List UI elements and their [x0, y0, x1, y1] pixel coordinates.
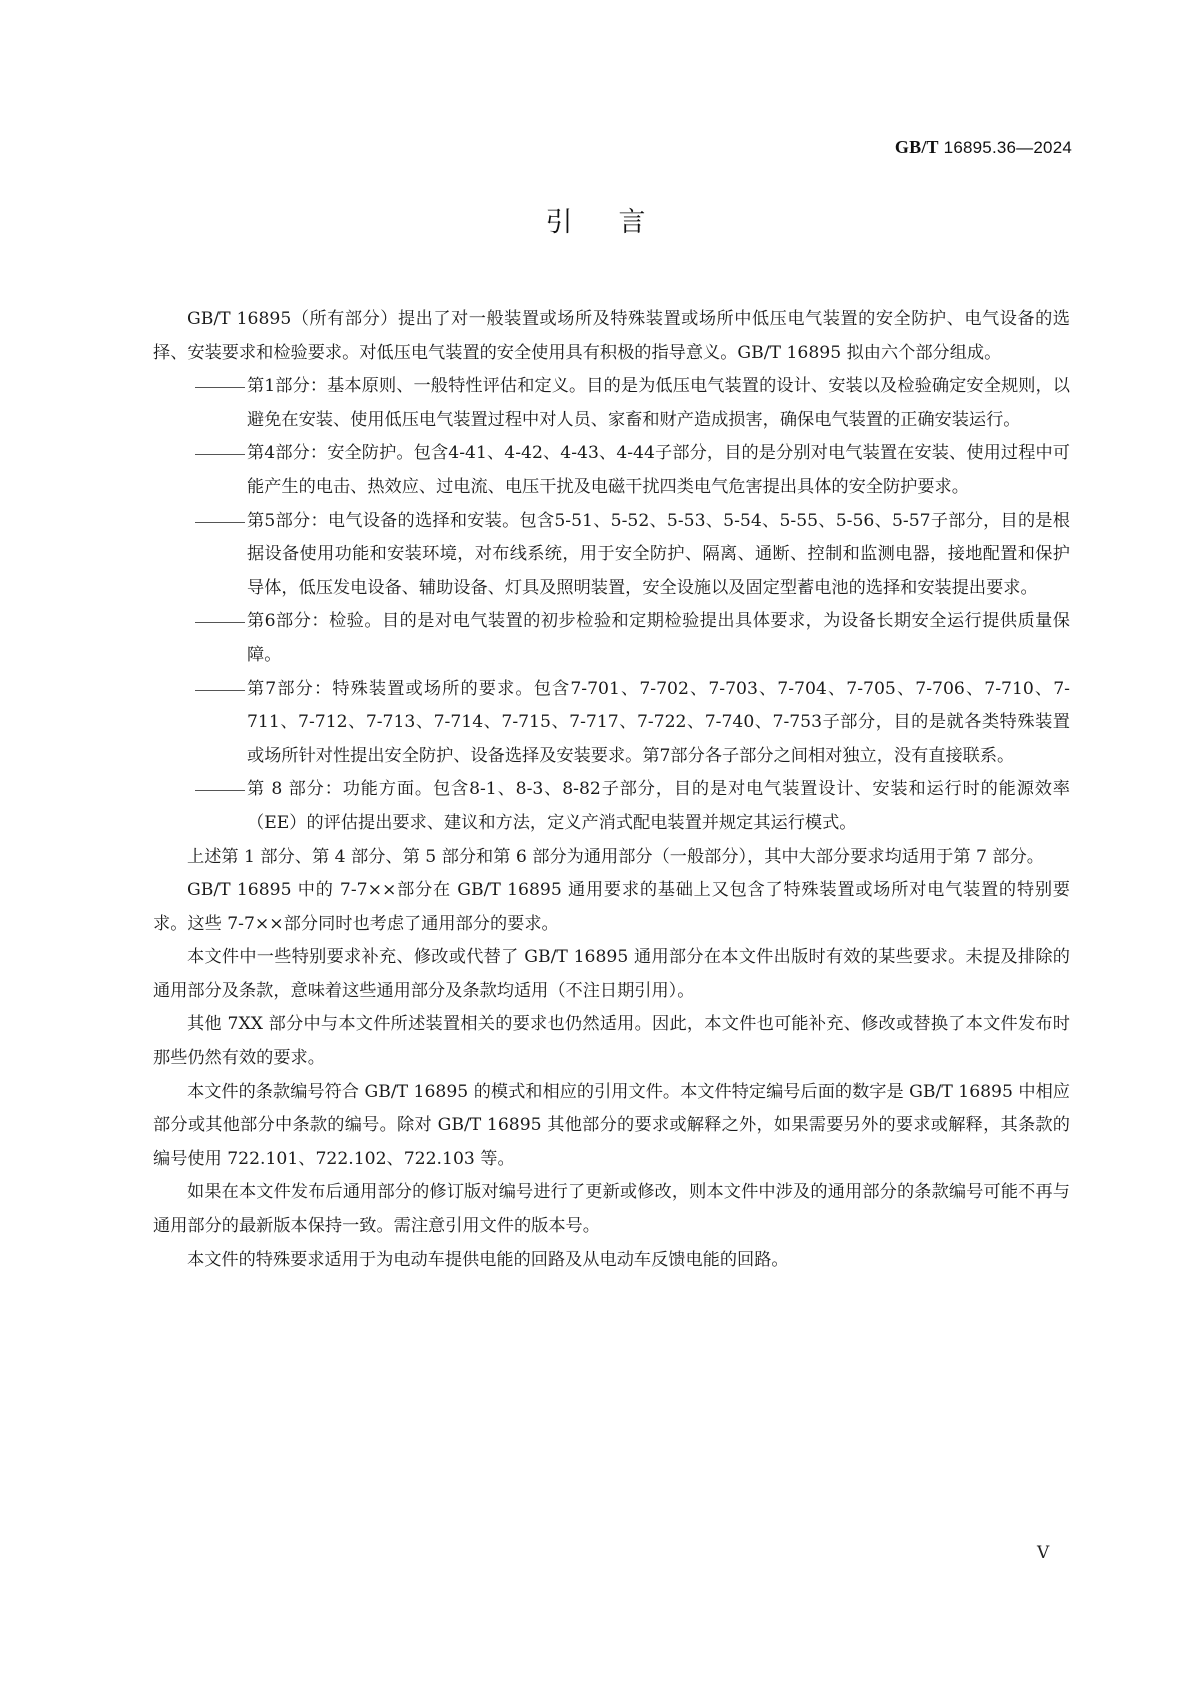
list-item: 第 8 部分：功能方面。包含8-1、8-3、8-82子部分，目的是对电气装置设计… [153, 773, 1070, 840]
page-title: 引言 [0, 200, 1191, 239]
list-item: 第7部分：特殊装置或场所的要求。包含7-701、7-702、7-703、7-70… [153, 673, 1070, 774]
list-item-text: 第4部分：安全防护。包含4-41、4-42、4-43、4-44子部分，目的是分别… [247, 443, 1070, 497]
list-item-text: 第5部分：电气设备的选择和安装。包含5-51、5-52、5-53、5-54、5-… [247, 511, 1070, 598]
body-paragraph: 本文件的条款编号符合 GB/T 16895 的模式和相应的引用文件。本文件特定编… [153, 1076, 1070, 1177]
body-paragraph: 如果在本文件发布后通用部分的修订版对编号进行了更新或修改，则本文件中涉及的通用部… [153, 1176, 1070, 1243]
list-item: 第6部分：检验。目的是对电气装置的初步检验和定期检验提出具体要求，为设备长期安全… [153, 605, 1070, 672]
list-item: 第4部分：安全防护。包含4-41、4-42、4-43、4-44子部分，目的是分别… [153, 437, 1070, 504]
body-paragraph: 上述第 1 部分、第 4 部分、第 5 部分和第 6 部分为通用部分（一般部分）… [153, 841, 1070, 875]
standard-code: GB/T 16895.36—2024 [895, 137, 1072, 158]
body-paragraph: 其他 7XX 部分中与本文件所述装置相关的要求也仍然适用。因此，本文件也可能补充… [153, 1008, 1070, 1075]
list-item-text: 第 8 部分：功能方面。包含8-1、8-3、8-82子部分，目的是对电气装置设计… [247, 779, 1070, 833]
standard-prefix: GB/T [895, 137, 939, 157]
list-item: 第1部分：基本原则、一般特性评估和定义。目的是为低压电气装置的设计、安装以及检验… [153, 370, 1070, 437]
page-number: V [1037, 1543, 1049, 1563]
standard-number: 16895.36—2024 [939, 138, 1072, 157]
intro-paragraph: GB/T 16895（所有部分）提出了对一般装置或场所及特殊装置或场所中低压电气… [153, 303, 1070, 370]
document-body: GB/T 16895（所有部分）提出了对一般装置或场所及特殊装置或场所中低压电气… [153, 303, 1070, 1277]
body-paragraph: 本文件的特殊要求适用于为电动车提供电能的回路及从电动车反馈电能的回路。 [153, 1244, 1070, 1278]
body-paragraph: GB/T 16895 中的 7-7××部分在 GB/T 16895 通用要求的基… [153, 874, 1070, 941]
list-item: 第5部分：电气设备的选择和安装。包含5-51、5-52、5-53、5-54、5-… [153, 505, 1070, 606]
body-paragraph: 本文件中一些特别要求补充、修改或代替了 GB/T 16895 通用部分在本文件出… [153, 941, 1070, 1008]
list-item-text: 第1部分：基本原则、一般特性评估和定义。目的是为低压电气装置的设计、安装以及检验… [247, 376, 1070, 430]
list-item-text: 第7部分：特殊装置或场所的要求。包含7-701、7-702、7-703、7-70… [247, 679, 1070, 766]
list-item-text: 第6部分：检验。目的是对电气装置的初步检验和定期检验提出具体要求，为设备长期安全… [247, 611, 1070, 665]
